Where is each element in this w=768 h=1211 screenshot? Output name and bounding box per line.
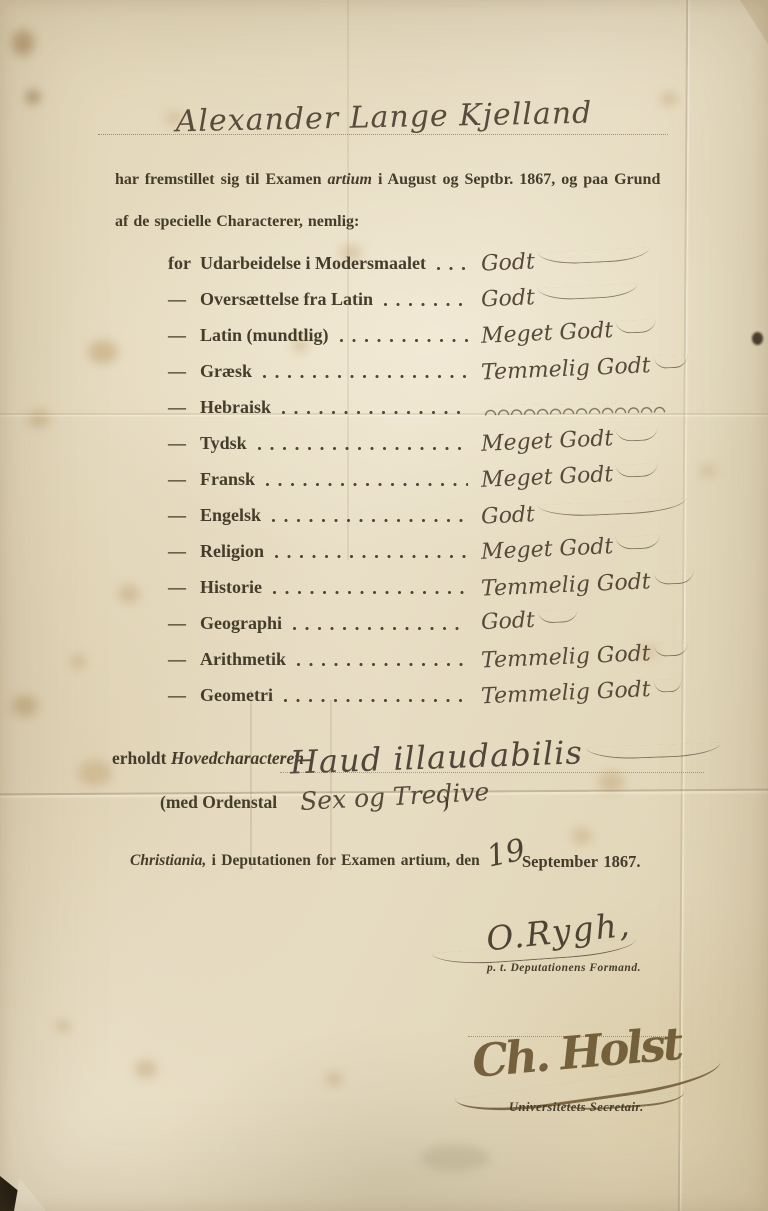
dotted-leader (436, 266, 468, 271)
dotted-leader (383, 302, 468, 307)
dotted-leader (272, 590, 468, 595)
secretair-title: Universitetets Secretair. (509, 1100, 644, 1115)
ordenstal-close-paren: ) (443, 792, 449, 813)
dotted-leader (292, 626, 468, 631)
grade-handwritten: Godt (481, 244, 651, 276)
dotted-leader (265, 482, 468, 487)
subject-label: Fransk (200, 469, 255, 490)
pen-flourish (616, 535, 661, 550)
subject-row: —Tydsk (168, 433, 470, 454)
row-prefix: for (168, 253, 200, 274)
row-prefix: — (168, 361, 200, 382)
subject-label: Religion (200, 541, 264, 562)
ordenstal-handwritten: Sex og Tredive (299, 777, 490, 816)
grade-handwritten: Godt (481, 281, 639, 313)
subject-row: —Religion (168, 541, 470, 562)
subject-label: Geographi (200, 613, 282, 634)
dateline-left: Christiania, i Deputationen for Examen a… (130, 852, 480, 870)
no-grade-squiggle (484, 402, 666, 415)
dotted-leader (283, 698, 468, 703)
main-grade-dotted-rule (280, 772, 704, 773)
subject-row: —Engelsk (168, 505, 470, 526)
grade-handwritten: Meget Godt (481, 316, 657, 349)
grade-handwritten: Temmelig Godt (481, 640, 689, 674)
place-italic: Christiania, (130, 852, 206, 869)
pen-flourish (653, 570, 694, 585)
pen-flourish (616, 319, 657, 334)
pen-flourish (537, 284, 637, 301)
main-grade-handwritten: Haud illaudabilis (289, 728, 721, 781)
grade-handwritten: Meget Godt (481, 424, 659, 457)
subject-label: Geometri (200, 685, 273, 706)
subject-label: Arithmetik (200, 649, 286, 670)
row-prefix: — (168, 577, 200, 598)
row-prefix: — (168, 433, 200, 454)
subject-label: Oversættelse fra Latin (200, 289, 373, 310)
dotted-leader (296, 662, 468, 667)
ordenstal-label: (med Ordenstal (160, 792, 277, 813)
pen-flourish (616, 427, 659, 442)
pen-flourish (537, 499, 685, 518)
hovedcharacteren-italic: Hovedcharacteren (171, 748, 304, 768)
pen-flourish (586, 742, 721, 760)
subject-label: Historie (200, 577, 262, 598)
grade-handwritten: Temmelig Godt (481, 676, 683, 710)
grade-handwritten: Godt (481, 496, 687, 530)
intro-line-1: har fremstillet sig til Examen artium i … (115, 171, 660, 189)
pen-flourish (537, 609, 578, 624)
subject-row: —Latin (mundtlig) (168, 325, 470, 346)
pen-flourish (537, 247, 649, 265)
subject-row: —Historie (168, 577, 470, 598)
dotted-leader (271, 518, 468, 523)
row-prefix: — (168, 469, 200, 490)
dotted-leader (262, 374, 468, 379)
row-prefix: — (168, 649, 200, 670)
row-prefix: — (168, 397, 200, 418)
subject-label: Græsk (200, 361, 252, 382)
subject-row: —Arithmetik (168, 649, 470, 670)
row-prefix: — (168, 685, 200, 706)
subject-label: Engelsk (200, 505, 261, 526)
row-prefix: — (168, 541, 200, 562)
pen-flourish (616, 463, 659, 478)
intro-line-2: af de specielle Characterer, nemlig: (115, 213, 359, 231)
row-prefix: — (168, 505, 200, 526)
artium-italic: artium (328, 171, 372, 188)
subject-row: —Oversættelse fra Latin (168, 289, 470, 310)
row-prefix: — (168, 325, 200, 346)
row-prefix: — (168, 289, 200, 310)
subject-row: —Geographi (168, 613, 470, 634)
student-name-handwritten: Alexander Lange Kjelland (0, 92, 768, 143)
dotted-leader (339, 338, 468, 343)
dotted-leader (281, 410, 468, 415)
grade-handwritten: Temmelig Godt (481, 352, 689, 386)
grade-handwritten: Meget Godt (481, 532, 661, 565)
subject-label: Hebraisk (200, 397, 271, 418)
pen-flourish (653, 643, 688, 657)
subject-row: —Fransk (168, 469, 470, 490)
formand-title: p. t. Deputationens Formand. (487, 962, 641, 974)
row-prefix: — (168, 613, 200, 634)
dateline-right: September 1867. (522, 852, 641, 872)
grade-handwritten: Temmelig Godt (481, 567, 695, 601)
name-dotted-rule (98, 134, 668, 135)
subject-row: —Hebraisk (168, 397, 470, 418)
dotted-leader (274, 554, 468, 559)
grade-handwritten: Godt (481, 606, 579, 635)
pen-flourish (653, 679, 682, 693)
corner-tear-fold (14, 1178, 46, 1211)
exam-year: 1867, (519, 171, 555, 188)
corner-fold (740, 0, 768, 44)
vertical-fold-crease (250, 690, 252, 870)
certificate-document: Alexander Lange Kjelland har fremstillet… (0, 0, 768, 1211)
subject-row: —Græsk (168, 361, 470, 382)
dotted-leader (257, 446, 468, 451)
grade-handwritten: Meget Godt (481, 460, 659, 493)
subject-row: forUdarbeidelse i Modersmaalet (168, 253, 470, 274)
subject-label: Udarbeidelse i Modersmaalet (200, 253, 426, 274)
subject-row: —Geometri (168, 685, 470, 706)
subject-label: Latin (mundtlig) (200, 325, 329, 346)
main-grade-label: erholdt Hovedcharacteren (112, 748, 304, 769)
subject-label: Tydsk (200, 433, 247, 454)
pen-flourish (653, 355, 688, 369)
